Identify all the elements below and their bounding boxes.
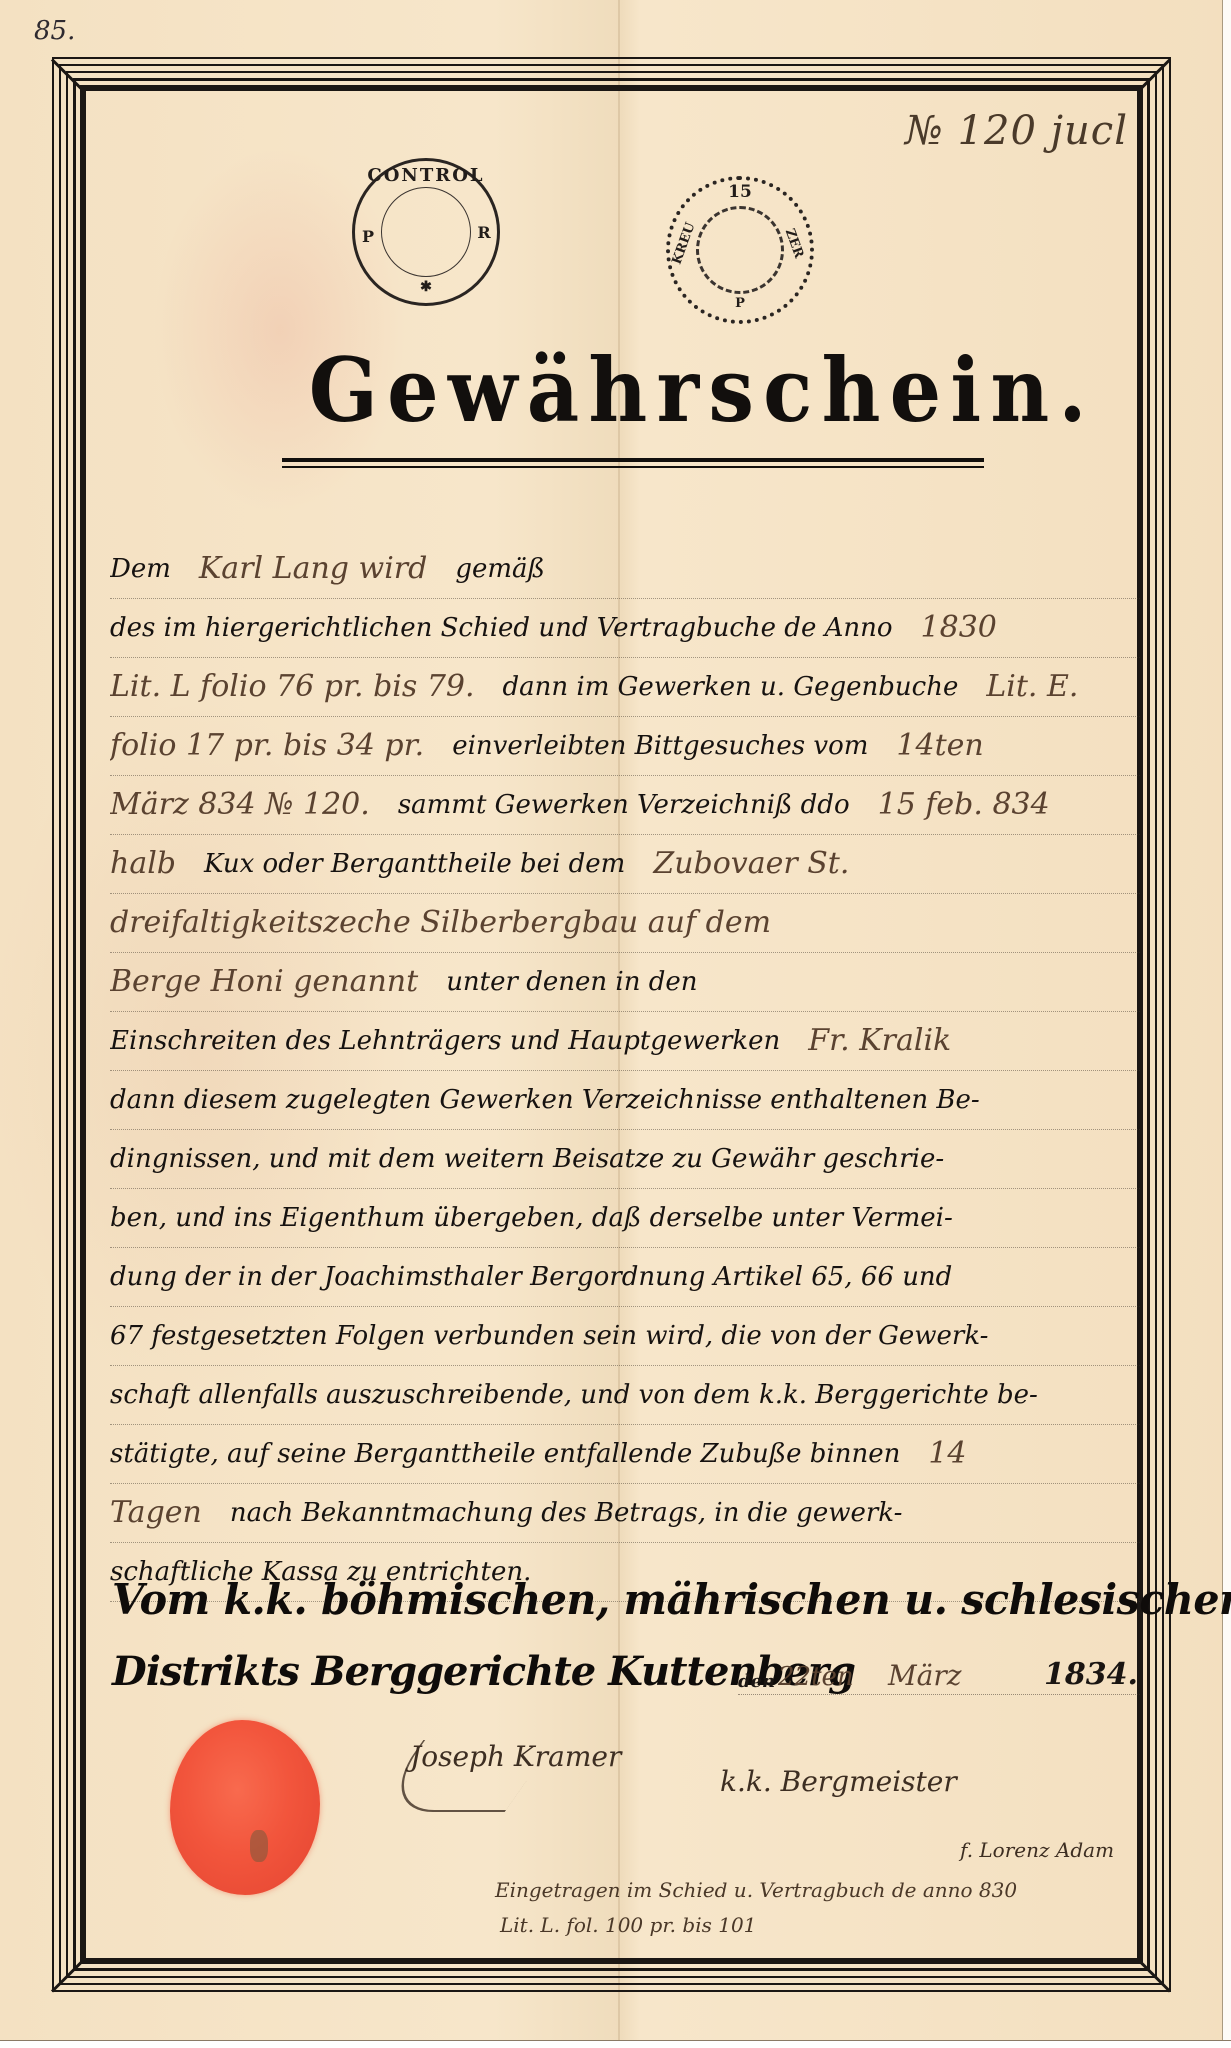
- signature-official: Joseph Kramer: [410, 1740, 621, 1773]
- issuer-line-1: Vom k.k. böhmischen, mährischen u. schle…: [112, 1575, 1231, 1624]
- body-line: DemKarl Lang wirdgemäß: [110, 540, 1140, 599]
- issue-date: den 22ten März 1834.: [738, 1658, 1140, 1695]
- printed-text: Einschreiten des Lehnträgers und Hauptge…: [110, 1012, 780, 1070]
- title-underline-thin: [282, 466, 984, 468]
- stamp-star-icon: ✱: [355, 279, 497, 295]
- body-line: Berge Honi genanntunter denen in den: [110, 953, 1140, 1012]
- document-body: DemKarl Lang wirdgemäßdes im hiergericht…: [110, 540, 1140, 1602]
- body-line: dung der in der Joachimsthaler Bergordnu…: [110, 1248, 1140, 1307]
- printed-text: ben, und ins Eigenthum übergeben, daß de…: [110, 1189, 953, 1247]
- printed-text: nach Bekanntmachung des Betrags, in die …: [230, 1484, 903, 1542]
- registry-note-line-1: Eingetragen im Schied u. Vertragbuch de …: [495, 1878, 1017, 1902]
- handwritten-entry: Lit. E.: [986, 658, 1078, 716]
- signature-title: k.k. Bergmeister: [720, 1765, 957, 1798]
- document-title: Gewährschein.: [309, 338, 971, 442]
- handwritten-entry: März 834 № 120.: [110, 776, 370, 834]
- printed-text: dann im Gewerken u. Gegenbuche: [503, 658, 959, 716]
- reference-number: № 120 jucl: [905, 108, 1128, 154]
- printed-text: unter denen in den: [446, 953, 697, 1011]
- body-line: des im hiergerichtlichen Schied und Vert…: [110, 599, 1140, 658]
- handwritten-entry: Fr. Kralik: [808, 1012, 951, 1070]
- body-line: ben, und ins Eigenthum übergeben, daß de…: [110, 1189, 1140, 1248]
- handwritten-entry: 15 feb. 834: [878, 776, 1050, 834]
- body-line: dingnissen, und mit dem weitern Beisatze…: [110, 1130, 1140, 1189]
- printed-text: einverleibten Bittgesuches vom: [452, 717, 868, 775]
- body-line: dann diesem zugelegten Gewerken Verzeich…: [110, 1071, 1140, 1130]
- signature-clerk: f. Lorenz Adam: [960, 1838, 1114, 1862]
- body-line: Einschreiten des Lehnträgers und Hauptge…: [110, 1012, 1140, 1071]
- body-line: dreifaltigkeitszeche Silberbergbau auf d…: [110, 894, 1140, 953]
- stamp-inner-ring: [696, 206, 784, 294]
- wax-seal-icon: [170, 1720, 320, 1895]
- handwritten-entry: 1830: [921, 599, 997, 657]
- page-edge-right: [1222, 0, 1231, 2048]
- printed-text: gemäß: [455, 540, 545, 598]
- handwritten-entry: folio 17 pr. bis 34 pr.: [110, 717, 424, 775]
- printed-text: dingnissen, und mit dem weitern Beisatze…: [110, 1130, 944, 1188]
- date-prefix: den: [738, 1671, 775, 1692]
- printed-text: dung der in der Joachimsthaler Bergordnu…: [110, 1248, 952, 1306]
- date-day: 22ten: [778, 1662, 854, 1692]
- handwritten-entry: Berge Honi genannt: [110, 953, 418, 1011]
- page-edge-bottom: [0, 2040, 1231, 2048]
- date-month: März: [888, 1659, 962, 1692]
- body-line: Lit. L folio 76 pr. bis 79.dann im Gewer…: [110, 658, 1140, 717]
- printed-text: dann diesem zugelegten Gewerken Verzeich…: [110, 1071, 980, 1129]
- printed-text: Dem: [110, 540, 171, 598]
- body-line: Tagennach Bekanntmachung des Betrags, in…: [110, 1484, 1140, 1543]
- printed-text: stätigte, auf seine Berganttheile entfal…: [110, 1425, 900, 1483]
- control-stamp-icon: CONTROL P R ✱: [352, 158, 500, 306]
- body-line: 67 festgesetzten Folgen verbunden sein w…: [110, 1307, 1140, 1366]
- handwritten-entry: dreifaltigkeitszeche Silberbergbau auf d…: [110, 894, 771, 952]
- stamp-control-label: CONTROL: [355, 165, 497, 186]
- handwritten-entry: halb: [110, 835, 176, 893]
- printed-text: 67 festgesetzten Folgen verbunden sein w…: [110, 1307, 988, 1365]
- printed-text: des im hiergerichtlichen Schied und Vert…: [110, 599, 893, 657]
- kreuzer-tax-stamp-icon: 15 KREU ZER P: [666, 176, 814, 324]
- date-year: 1834.: [1044, 1657, 1138, 1692]
- printed-text: schaft allenfalls auszuschreibende, und …: [110, 1366, 1038, 1424]
- handwritten-entry: 14ten: [896, 717, 983, 775]
- body-line: März 834 № 120.sammt Gewerken Verzeichni…: [110, 776, 1140, 835]
- title-underline: [282, 458, 984, 462]
- handwritten-entry: Lit. L folio 76 pr. bis 79.: [110, 658, 475, 716]
- handwritten-entry: Karl Lang wird: [199, 540, 427, 598]
- handwritten-entry: 14: [928, 1425, 966, 1483]
- stamp-kreuzer-bottom: P: [670, 296, 810, 311]
- body-line: schaft allenfalls auszuschreibende, und …: [110, 1366, 1140, 1425]
- handwritten-entry: Zubovaer St.: [653, 835, 849, 893]
- seal-stain: [250, 1830, 268, 1862]
- body-line: folio 17 pr. bis 34 pr.einverleibten Bit…: [110, 717, 1140, 776]
- stamp-control-right: R: [413, 223, 555, 242]
- registry-note-line-2: Lit. L. fol. 100 pr. bis 101: [500, 1913, 756, 1937]
- handwritten-entry: Tagen: [110, 1484, 202, 1542]
- body-line: stätigte, auf seine Berganttheile entfal…: [110, 1425, 1140, 1484]
- printed-text: sammt Gewerken Verzeichniß ddo: [398, 776, 850, 834]
- body-line: halbKux oder Berganttheile bei demZubova…: [110, 835, 1140, 894]
- page-number: 85.: [34, 16, 75, 46]
- printed-text: Kux oder Berganttheile bei dem: [204, 835, 625, 893]
